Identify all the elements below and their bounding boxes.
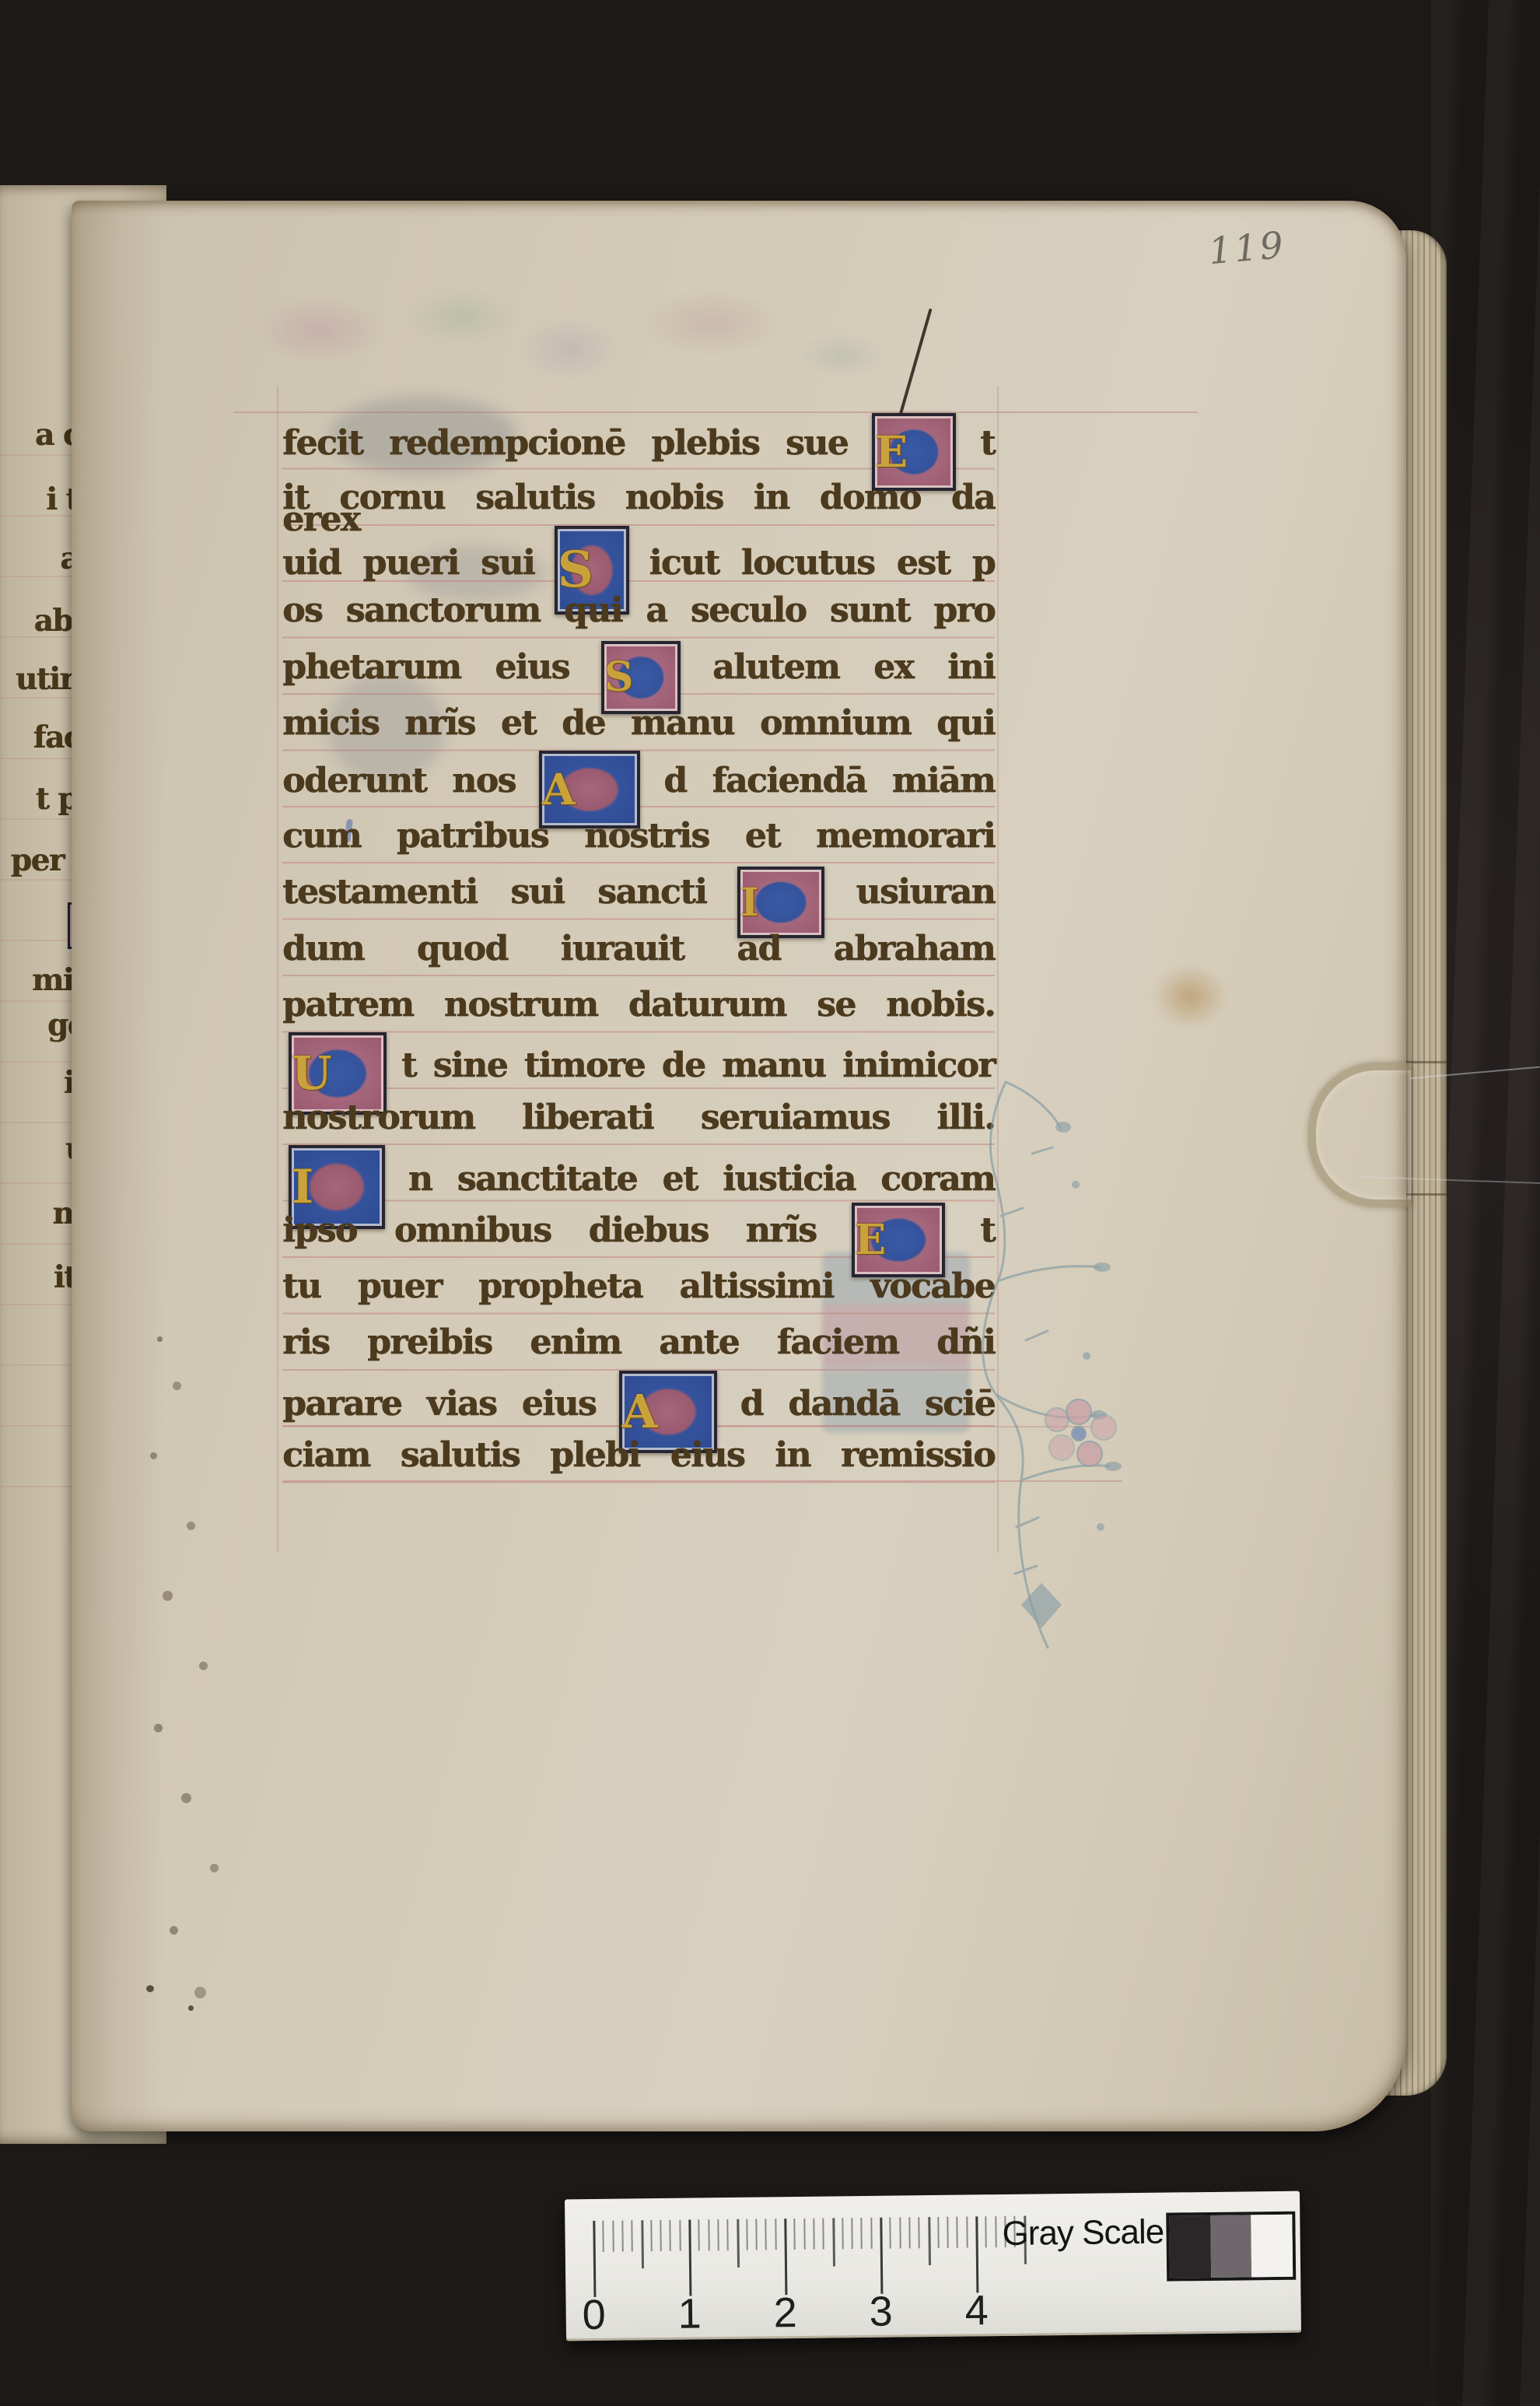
text-segment: fecit redempcionē plebis sue <box>282 423 848 463</box>
ruler-tick <box>899 2217 901 2248</box>
ruler-tick <box>832 2218 835 2266</box>
ruler-tick <box>908 2217 910 2248</box>
ruler-number: 1 <box>666 2289 713 2338</box>
ruler-tick <box>708 2219 709 2250</box>
text-segment: tu puer propheta altissimi vocabe <box>282 1266 995 1306</box>
text-segment: micis nrĩs et de manu omnium qui <box>282 703 995 743</box>
manuscript-photo: a crissai te amasti leabstulitutirent df… <box>0 0 1540 2406</box>
ruler-tick <box>593 2221 596 2297</box>
ruler-tick <box>975 2216 978 2292</box>
ruler-tick <box>842 2218 843 2249</box>
ruler-tick <box>851 2218 852 2249</box>
manuscript-line: oderunt nos A d faciendā miām <box>282 751 995 807</box>
ruler-tick <box>957 2217 958 2248</box>
gray-scale-patch <box>1169 2215 1211 2278</box>
manuscript-line: ris preibis enim ante faciem dñi <box>282 1314 995 1371</box>
ruler-tick <box>641 2220 644 2268</box>
text-segment: phetarum eius <box>282 647 569 687</box>
manuscript-line: dum quod iurauit ad abraham <box>282 920 995 977</box>
manuscript-page: 119 fecit redempcionē plebis sue E t ere… <box>72 201 1406 2131</box>
text-segment: patrem nostrum daturum se nobis. <box>282 985 995 1024</box>
ruler-tick <box>918 2217 919 2248</box>
manuscript-line: patrem nostrum daturum se nobis. <box>282 976 995 1033</box>
manuscript-line: os sanctorum qui a seculo sunt pro <box>282 582 995 639</box>
speck <box>188 2005 194 2011</box>
ruler-tick <box>775 2219 776 2250</box>
text-segment: os sanctorum qui a seculo sunt pro <box>282 590 995 630</box>
ruler-tick <box>670 2220 671 2251</box>
text-segment: ris preibis enim ante faciem dñi <box>282 1322 995 1362</box>
manuscript-line: micis nrĩs et de manu omnium qui <box>282 695 995 751</box>
ruler-tick <box>928 2217 931 2265</box>
gray-scale-patches <box>1166 2212 1296 2282</box>
ruler-tick <box>985 2216 987 2247</box>
text-segment: uid pueri sui <box>282 543 534 583</box>
ruler-tick <box>822 2219 824 2250</box>
folio-number: 119 <box>1207 224 1287 273</box>
ruler-tick <box>603 2221 604 2252</box>
ruler-tick <box>698 2219 700 2250</box>
scale-reference-card: 01234 Gray Scale <box>565 2191 1301 2341</box>
ruler-tick <box>813 2219 814 2250</box>
ruler-tick <box>995 2216 996 2247</box>
speck <box>146 1985 154 1992</box>
text-block: fecit redempcionē plebis sue E t erex it… <box>282 413 995 1487</box>
text-segment: it cornu salutis nobis in domo da <box>282 478 995 517</box>
show-through-mottling <box>212 278 927 407</box>
ruler-tick <box>726 2219 728 2250</box>
gray-scale-label: Gray Scale <box>1002 2213 1166 2254</box>
ruler-tick <box>880 2218 883 2294</box>
ruler-tick <box>679 2220 681 2251</box>
ruler-tick <box>870 2218 872 2249</box>
ruler-tick <box>890 2218 891 2249</box>
gutter-grime <box>157 1336 163 1342</box>
manuscript-line: phetarum eius S alutem ex ini <box>282 639 995 695</box>
ruler-tick <box>861 2218 863 2249</box>
text-segment: icut locutus est p <box>649 543 996 583</box>
manuscript-line: I n sanctitate et iusticia coram <box>282 1145 995 1202</box>
text-segment: n sanctitate et iusticia coram <box>408 1159 995 1199</box>
ruler-tick <box>688 2220 691 2296</box>
black-backdrop <box>1431 0 1540 2406</box>
text-segment: dum quod iurauit ad abraham <box>282 929 995 968</box>
ruler-tick <box>765 2219 767 2250</box>
text-segment: ipso omnibus diebus nrĩs <box>282 1210 816 1250</box>
manuscript-line: tu puer propheta altissimi vocabe <box>282 1258 995 1315</box>
manuscript-line: uid pueri sui S icut locutus est p <box>282 526 995 583</box>
manuscript-line: parare vias eius A d dandā sciē <box>282 1371 995 1427</box>
ruler-tick <box>947 2217 948 2248</box>
ruler-tick <box>660 2220 661 2251</box>
text-segment: cum patribus nostris et memorari <box>282 816 995 856</box>
gray-scale-patch <box>1210 2215 1252 2278</box>
ruler-tick <box>937 2217 939 2248</box>
manuscript-line: nostrorum liberati seruiamus illi. <box>282 1089 995 1146</box>
stain <box>1153 965 1227 1028</box>
ruler-numbers: 01234 <box>593 2285 1045 2338</box>
text-segment: d faciendā miām <box>663 761 995 800</box>
ruler-number: 4 <box>953 2286 1000 2335</box>
manuscript-line: testamenti sui sancti I usiuran <box>282 863 995 920</box>
ruler-tick <box>803 2219 805 2250</box>
manuscript-line: cum patribus nostris et memorari <box>282 807 995 864</box>
ruler-tick <box>746 2219 747 2250</box>
ruler-tick <box>966 2216 968 2247</box>
text-segment: nostrorum liberati seruiamus illi. <box>282 1098 995 1137</box>
text-segment: testamenti sui sancti <box>282 872 706 912</box>
ruler-number: 2 <box>761 2289 809 2338</box>
manuscript-line: U t sine timore de manu inimicor <box>282 1032 995 1089</box>
ruler-tick <box>717 2219 719 2250</box>
manuscript-line: ipso omnibus diebus nrĩs E t <box>282 1202 995 1259</box>
ruler-number: 3 <box>857 2287 905 2336</box>
text-segment: t sine timore de manu inimicor <box>401 1045 995 1085</box>
text-segment: parare vias eius <box>282 1384 596 1424</box>
ruler-tick <box>612 2221 614 2252</box>
manuscript-line: ciam salutis plebi eius in remissio <box>282 1427 995 1483</box>
text-segment: alutem ex ini <box>712 647 995 687</box>
ruling-line-vertical <box>277 386 278 1553</box>
manuscript-line: fecit redempcionē plebis sue E t erex <box>282 413 995 470</box>
ruler-number: 0 <box>570 2291 618 2340</box>
text-segment: ciam salutis plebi eius in remissio <box>282 1435 995 1475</box>
manuscript-line: it cornu salutis nobis in domo da <box>282 469 995 526</box>
text-segment: oderunt nos <box>282 761 516 800</box>
gray-scale-patch <box>1251 2215 1293 2278</box>
ruler-tick <box>650 2220 652 2251</box>
ruler-tick <box>631 2220 632 2251</box>
ruler-tick <box>794 2219 796 2250</box>
ruler-tick <box>784 2219 787 2295</box>
text-segment: usiuran <box>856 872 995 912</box>
ruler-tick <box>755 2219 757 2250</box>
floral-sprig-ornament <box>923 1060 1141 1651</box>
ruler-tick <box>737 2219 740 2268</box>
ruler-tick <box>621 2221 623 2252</box>
